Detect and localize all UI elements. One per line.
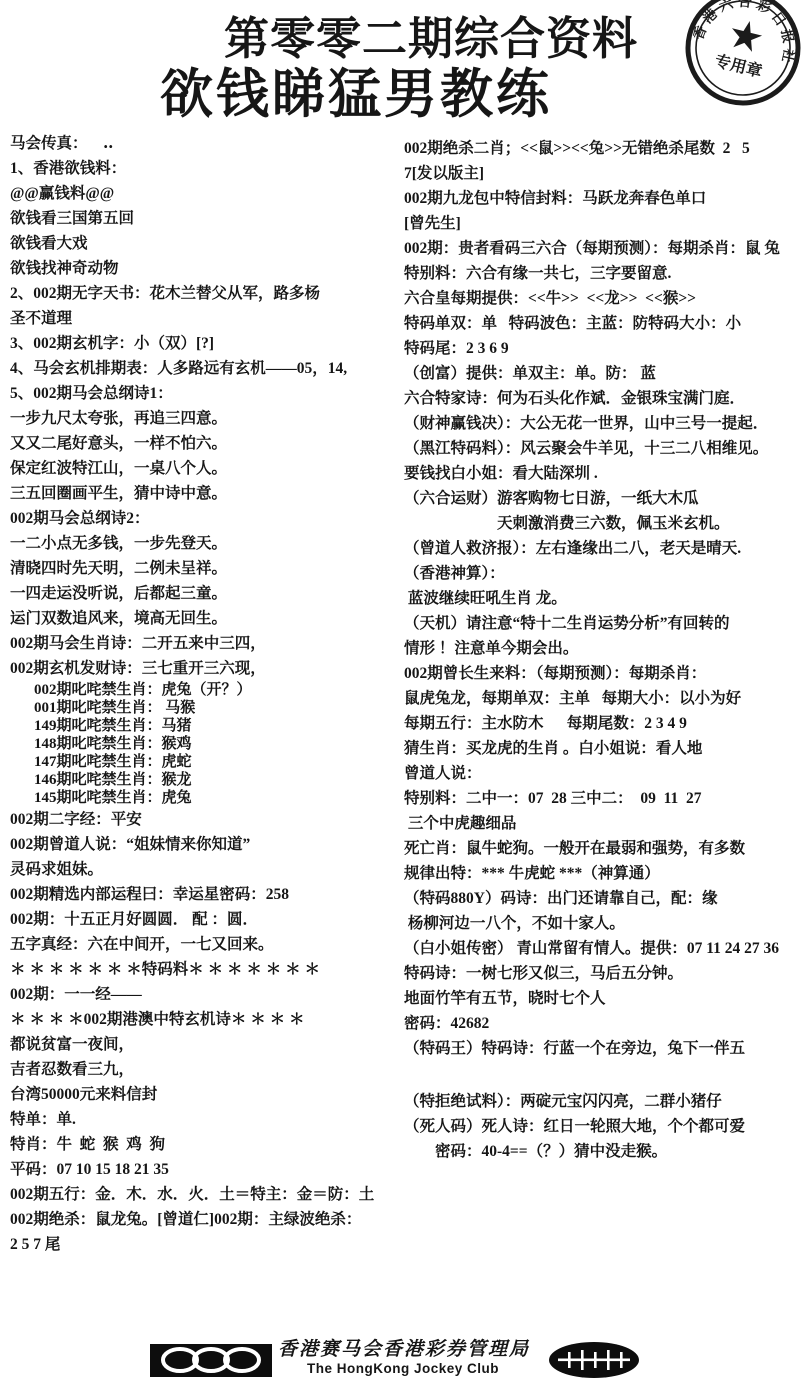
text-line: 清晓四时先天明，二例未呈祥。 (10, 556, 402, 581)
text-line: @@赢钱料@@ (10, 181, 402, 206)
text-line: 每期五行：主水防木 每期尾数：2 3 4 9 (404, 711, 806, 736)
text-line: 马会传真： ‥ (10, 131, 402, 156)
text-line: （财神赢钱决）：大公无花一世界，山中三号一提起． (404, 411, 806, 436)
text-line: （香港神算）： (404, 561, 806, 586)
text-line: 002期曾长生来料：（每期预测）：每期杀肖： (404, 661, 806, 686)
text-line: 灵码求姐妹。 (10, 857, 402, 882)
left-column: 马会传真： ‥1、香港欲钱料：@@赢钱料@@欲钱看三国第五回欲钱看大戏欲钱找神奇… (10, 131, 402, 1257)
text-line: 规律出特：*** 牛虎蛇 ***（神算通） (404, 861, 806, 886)
text-line: 地面竹竿有五节，晓时七个人 (404, 986, 806, 1011)
text-line: 台湾50000元来料信封 (10, 1082, 402, 1107)
text-line: 蓝波继续旺吼生肖 龙。 (404, 586, 806, 611)
text-line: 148期叱咤禁生肖：猴鸡 (10, 735, 402, 753)
text-line: （死人码）死人诗：红日一轮照大地，个个都可爱 (404, 1114, 806, 1139)
text-line: 杨柳河边一八个，不如十家人。 (404, 911, 806, 936)
text-line: 146期叱咤禁生肖：猴龙 (10, 771, 402, 789)
text-line: [曾先生] (404, 211, 806, 236)
text-line: 特别料：二中一：07 28 三中二： 09 11 27 (404, 786, 806, 811)
text-line: 001期叱咤禁生肖： 马猴 (10, 699, 402, 717)
text-line: 死亡肖：鼠牛蛇狗。一般开在最弱和强势，有多数 (404, 836, 806, 861)
text-line: 002期：一一经—— (10, 982, 402, 1007)
club-name-chinese: 香港赛马会香港彩券管理局 (278, 1334, 528, 1361)
text-line: 002期马会生肖诗：二开五来中三四， (10, 631, 402, 656)
text-line: 002期：十五正月好圆圆． 配 ：圆． (10, 907, 402, 932)
lottery-tip-sheet: { "header": { "title_line1": "第零零二期综合资料"… (0, 0, 807, 1388)
text-line: 欲钱看大戏 (10, 231, 402, 256)
text-line: 4、马会玄机排期表：人多路远有玄机——05，14, (10, 356, 402, 381)
text-line: 002期绝杀：鼠龙兔。[曾道仁]002期：主绿波绝杀： (10, 1207, 402, 1232)
footer: 香港赛马会香港彩券管理局 The HongKong Jockey Club (0, 1330, 807, 1388)
text-line: （特码王）特码诗：行蓝一个在旁边，兔下一伴五 (404, 1036, 806, 1061)
text-line: 1、香港欲钱料： (10, 156, 402, 181)
text-line: 2 5 7 尾 (10, 1232, 402, 1257)
text-line: （白小姐传密） 青山常留有情人。提供：07 11 24 27 36 (404, 936, 806, 961)
text-line: 特别料：六合有缘一共七，三字要留意. (404, 261, 806, 286)
right-column: 002期绝杀二肖；<<鼠>><<兔>>无错绝杀尾数 2 57[发以版主]002期… (404, 136, 806, 1164)
seal-stamp: 香港六合彩日报社 ★ 专用章 (678, 0, 807, 112)
text-line: 欲钱找神奇动物 (10, 256, 402, 281)
text-line: ＊ ＊ ＊ ＊ ＊ ＊ ＊特码料＊ ＊ ＊ ＊ ＊ ＊ ＊ (10, 957, 402, 982)
text-line: 002期五行：金．木．水．火．土＝特主：金＝防：土 (10, 1182, 402, 1207)
text-line: 欲钱看三国第五回 (10, 206, 402, 231)
text-line: 5、002期马会总纲诗1： (10, 381, 402, 406)
text-line: 002期曾道人说：“姐妹情来你知道” (10, 832, 402, 857)
text-line: 运门双数追风来，境高无回生。 (10, 606, 402, 631)
text-line: （特码880Y）码诗：出门还请靠自己，配：缘 (404, 886, 806, 911)
text-line: 特肖：牛 蛇 猴 鸡 狗 (10, 1132, 402, 1157)
text-line: 149期叱咤禁生肖：马猪 (10, 717, 402, 735)
text-line: 特码诗：一树七形又似三，马后五分钟。 (404, 961, 806, 986)
text-line: 六合特家诗：何为石头化作斌．金银珠宝满门庭． (404, 386, 806, 411)
text-line: 一步九尺太夸张，再追三四意。 (10, 406, 402, 431)
text-line: （曾道人救济报）：左右逢缘出二八，老天是晴天. (404, 536, 806, 561)
text-line: 002期叱咤禁生肖：虎兔（开？） (10, 681, 402, 699)
text-line: 吉者忍数看三九， (10, 1057, 402, 1082)
text-line: 密码：40-4==（？）猜中没走猴。 (404, 1139, 806, 1164)
text-line: 002期玄机发财诗：三七重开三六现， (10, 656, 402, 681)
text-line: 002期绝杀二肖；<<鼠>><<兔>>无错绝杀尾数 2 5 (404, 136, 806, 161)
text-line: 天刺激消费三六数，佩玉米玄机。 (404, 511, 806, 536)
text-line: 特码单双：单 特码波色：主蓝：防特码大小：小 (404, 311, 806, 336)
text-line: 7[发以版主] (404, 161, 806, 186)
club-name-english: The HongKong Jockey Club (278, 1361, 528, 1376)
text-line: 002期二字经：平安 (10, 807, 402, 832)
text-line: 曾道人说： (404, 761, 806, 786)
text-line: 圣不道理 (10, 306, 402, 331)
text-line: （特拒绝试料）：两碇元宝闪闪亮，二群小猪仔 (404, 1089, 806, 1114)
text-line: 情形 ！注意单今期会出。 (404, 636, 806, 661)
text-line: （创富）提供：单双主：单。防： 蓝 (404, 361, 806, 386)
text-line: 六合皇每期提供：<<牛>> <<龙>> <<猴>> (404, 286, 806, 311)
star-icon: ★ (725, 13, 766, 60)
text-line: 一二小点无多钱，一步先登天。 (10, 531, 402, 556)
text-line: 特码尾：2 3 6 9 (404, 336, 806, 361)
text-line: 又又二尾好意头，一样不怕六。 (10, 431, 402, 456)
text-line: 002期：贵者看码三六合（每期预测）：每期杀肖：鼠 兔 (404, 236, 806, 261)
text-line: 002期九龙包中特信封料：马跃龙奔春色单口 (404, 186, 806, 211)
jockey-club-logo-icon (150, 1344, 272, 1377)
text-line: 三个中虎趣细品 (404, 811, 806, 836)
text-line: （黑江特码料）：风云聚会牛羊见，十三二八相维见。 (404, 436, 806, 461)
text-line: （六合运财）游客购物七日游，一纸大木瓜 (404, 486, 806, 511)
text-line: 147期叱咤禁生肖：虎蛇 (10, 753, 402, 771)
text-line: 3、002期玄机字：小（双）[?] (10, 331, 402, 356)
text-line: 三五回圈画平生，猜中诗中意。 (10, 481, 402, 506)
text-line: ＊ ＊ ＊ ＊002期港澳中特玄机诗＊ ＊ ＊ ＊ (10, 1007, 402, 1032)
text-line: 要钱找白小姐：看大陆深圳 . (404, 461, 806, 486)
text-line: 鼠虎兔龙，每期单双：主单 每期大小：以小为好 (404, 686, 806, 711)
text-line: 145期叱咤禁生肖：虎兔 (10, 789, 402, 807)
text-line: 平码：07 10 15 18 21 35 (10, 1157, 402, 1182)
text-line: 特单：单. (10, 1107, 402, 1132)
text-line: 密码：42682 (404, 1011, 806, 1036)
text-line: （天机）请注意“特十二生肖运势分析”有回转的 (404, 611, 806, 636)
oval-stamp-icon (548, 1340, 640, 1380)
text-line: 五字真经：六在中间开，一七又回来。 (10, 932, 402, 957)
text-line: 002期马会总纲诗2： (10, 506, 402, 531)
text-line: 2、002期无字天书：花木兰替父从军，路多杨 (10, 281, 402, 306)
text-line: 002期精选内部运程曰：幸运星密码：258 (10, 882, 402, 907)
page-title-line2: 欲钱睇猛男教练 (160, 52, 552, 128)
club-names: 香港赛马会香港彩券管理局 The HongKong Jockey Club (278, 1334, 528, 1376)
text-line: 一四走运没听说，后都起三童。 (10, 581, 402, 606)
text-line: 都说贫富一夜间， (10, 1032, 402, 1057)
text-line: 保定红波特江山，一桌八个人。 (10, 456, 402, 481)
text-line: 猜生肖：买龙虎的生肖 。白小姐说：看人地 (404, 736, 806, 761)
